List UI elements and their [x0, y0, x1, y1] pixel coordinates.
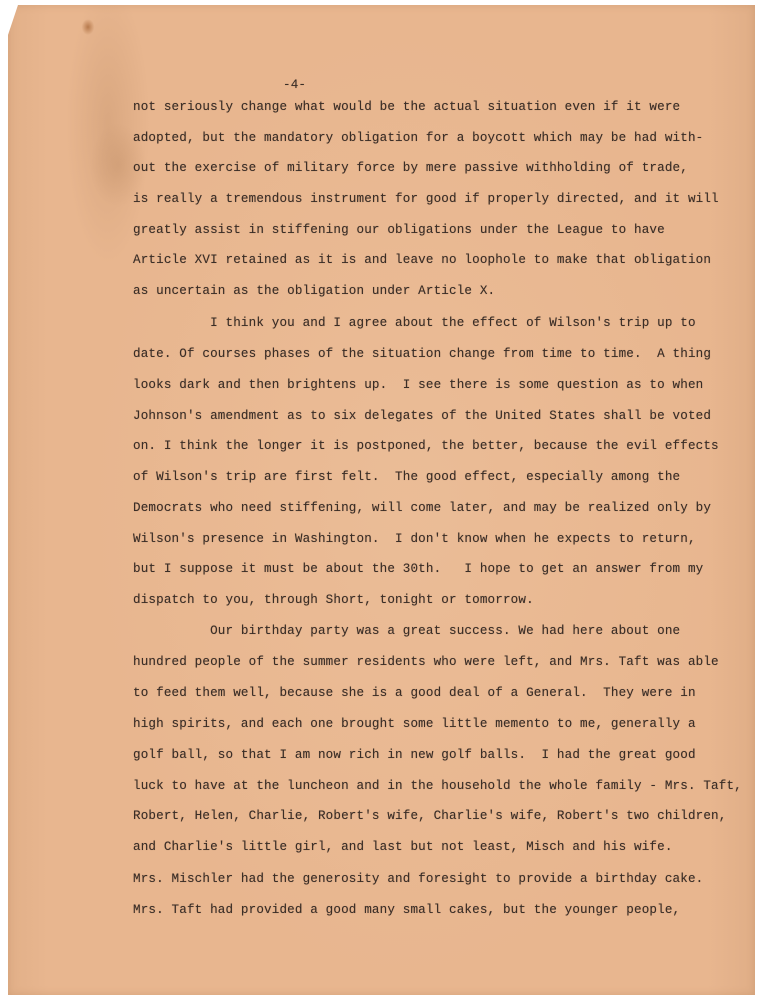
text-line: date. Of courses phases of the situation…	[133, 348, 711, 361]
text-line: dispatch to you, through Short, tonight …	[133, 594, 534, 607]
text-line: luck to have at the luncheon and in the …	[133, 780, 742, 793]
text-line: but I suppose it must be about the 30th.…	[133, 563, 703, 576]
text-line: adopted, but the mandatory obligation fo…	[133, 132, 703, 145]
text-line: out the exercise of military force by me…	[133, 162, 688, 175]
text-line: Democrats who need stiffening, will come…	[133, 502, 711, 515]
text-line: is really a tremendous instrument for go…	[133, 193, 719, 206]
text-line: and Charlie's little girl, and last but …	[133, 841, 673, 854]
typewritten-page: -4- not seriously change what would be t…	[8, 5, 755, 995]
text-line: Robert, Helen, Charlie, Robert's wife, C…	[133, 810, 726, 823]
text-line: Our birthday party was a great success. …	[133, 625, 680, 638]
text-line: hundred people of the summer residents w…	[133, 656, 719, 669]
text-line: of Wilson's trip are first felt. The goo…	[133, 471, 680, 484]
text-line: looks dark and then brightens up. I see …	[133, 379, 703, 392]
text-line: Mrs. Taft had provided a good many small…	[133, 904, 680, 917]
text-line: Wilson's presence in Washington. I don't…	[133, 533, 696, 546]
text-line: to feed them well, because she is a good…	[133, 687, 696, 700]
text-line: Article XVI retained as it is and leave …	[133, 254, 711, 267]
text-line: Johnson's amendment as to six delegates …	[133, 410, 711, 423]
text-line: as uncertain as the obligation under Art…	[133, 285, 495, 298]
text-line: on. I think the longer it is postponed, …	[133, 440, 719, 453]
text-line: high spirits, and each one brought some …	[133, 718, 696, 731]
text-line: Mrs. Mischler had the generosity and for…	[133, 873, 703, 886]
text-line: I think you and I agree about the effect…	[133, 317, 696, 330]
text-line: greatly assist in stiffening our obligat…	[133, 224, 665, 237]
text-line: not seriously change what would be the a…	[133, 101, 680, 114]
text-line: golf ball, so that I am now rich in new …	[133, 749, 696, 762]
page-number: -4-	[283, 79, 306, 92]
